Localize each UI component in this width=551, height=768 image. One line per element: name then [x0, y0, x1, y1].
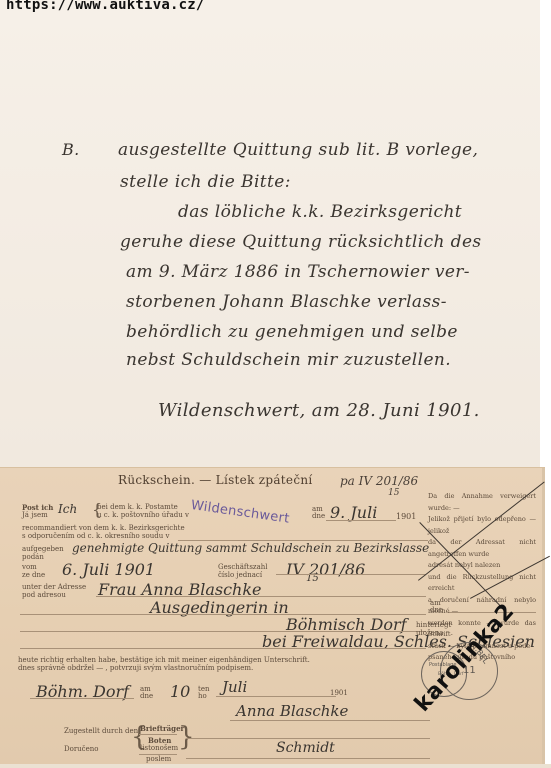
letter-line-7: behördlich zu genehmigen und selbe — [126, 322, 458, 342]
post-label-cz: Já jsem — [22, 511, 48, 520]
letter-line-3: das löbliche k.k. Bezirksgericht — [178, 202, 462, 222]
delivered-label-de: Zugestellt durch den — [64, 727, 138, 736]
letter-line-1: ausgestellte Quittung sub lit. B vorlege… — [118, 140, 478, 160]
recommended-cz: s odporučením od c. k. okresního soudu v — [22, 532, 169, 541]
place-date: Wildenschwert, am 28. Juni 1901. — [158, 400, 480, 421]
rule — [139, 734, 177, 735]
notice-line: Jelikož přijetí bylo odepřeno — jelikož — [428, 514, 536, 537]
issued-label-cz: podán — [22, 553, 44, 562]
received-month: Juli — [222, 678, 247, 696]
rule — [186, 738, 430, 739]
file-reference: pa IV 201/86 — [340, 474, 418, 488]
notice-line: Da die Annahme verweigert wurde: — — [428, 491, 536, 514]
rule — [186, 758, 430, 759]
rule — [20, 648, 426, 649]
received-month-label-cz: ho — [198, 692, 207, 701]
receipt-title: Rückschein. — Lístek zpáteční — [118, 476, 313, 485]
delivered-label-cz: Doručeno — [64, 745, 98, 754]
recipient-signature: Anna Blaschke — [236, 702, 348, 720]
confirm-text-cz: dnes správně obdržel — , potvrzuji svým … — [18, 664, 253, 673]
from-label-cz: ze dne — [22, 571, 45, 580]
issued-value: genehmigte Quittung sammt Schuldschein z… — [72, 541, 429, 555]
letter-line-6: storbenen Johann Blaschke verlass- — [126, 292, 447, 312]
post-office-cz: u c. k. poštovního úřadu v — [97, 511, 189, 520]
carrier-option-2: listonošem — [140, 744, 178, 753]
bottom-edge — [0, 764, 551, 768]
notice-line: a doručení náhradní nebylo možné — — [428, 595, 536, 618]
date-label-cz: dne — [312, 512, 325, 521]
business-no-cz: číslo jednací — [218, 571, 262, 580]
letter-line-8: nebst Schuldschein mir zuzustellen. — [126, 350, 451, 370]
received-day: 10 — [170, 682, 190, 701]
signature-line — [230, 720, 430, 721]
rule — [276, 574, 426, 575]
from-value: 6. Juli 1901 — [62, 560, 155, 579]
file-reference-sub: 15 — [388, 488, 399, 498]
business-no-value: IV 201/86 — [286, 560, 365, 579]
address-label-cz: pod adresou — [22, 591, 66, 600]
rule — [30, 698, 134, 699]
carrier-signature: Schmidt — [276, 740, 335, 756]
carrier-option-3: poslem — [146, 755, 171, 764]
card-edge — [542, 468, 545, 768]
post-value: Ich — [58, 502, 77, 516]
brace: } — [178, 724, 195, 750]
notice-line: adresát nebyl nalezen — [428, 560, 536, 572]
letter-line-5: am 9. März 1886 in Tschernowier ver- — [126, 262, 470, 282]
auction-url-watermark: https://www.auktiva.cz/ — [6, 0, 204, 13]
letter-line-4: geruhe diese Quittung rücksichtlich des — [120, 232, 482, 252]
year-value: 1901 — [396, 512, 416, 521]
received-year: 1901 — [330, 689, 348, 698]
rule — [96, 596, 426, 597]
received-day-label-cz: dne — [140, 692, 153, 701]
letter-line-2: stelle ich die Bitte: — [120, 172, 291, 192]
rule — [216, 696, 336, 697]
margin-mark: B. — [62, 140, 80, 159]
rule — [326, 520, 396, 521]
